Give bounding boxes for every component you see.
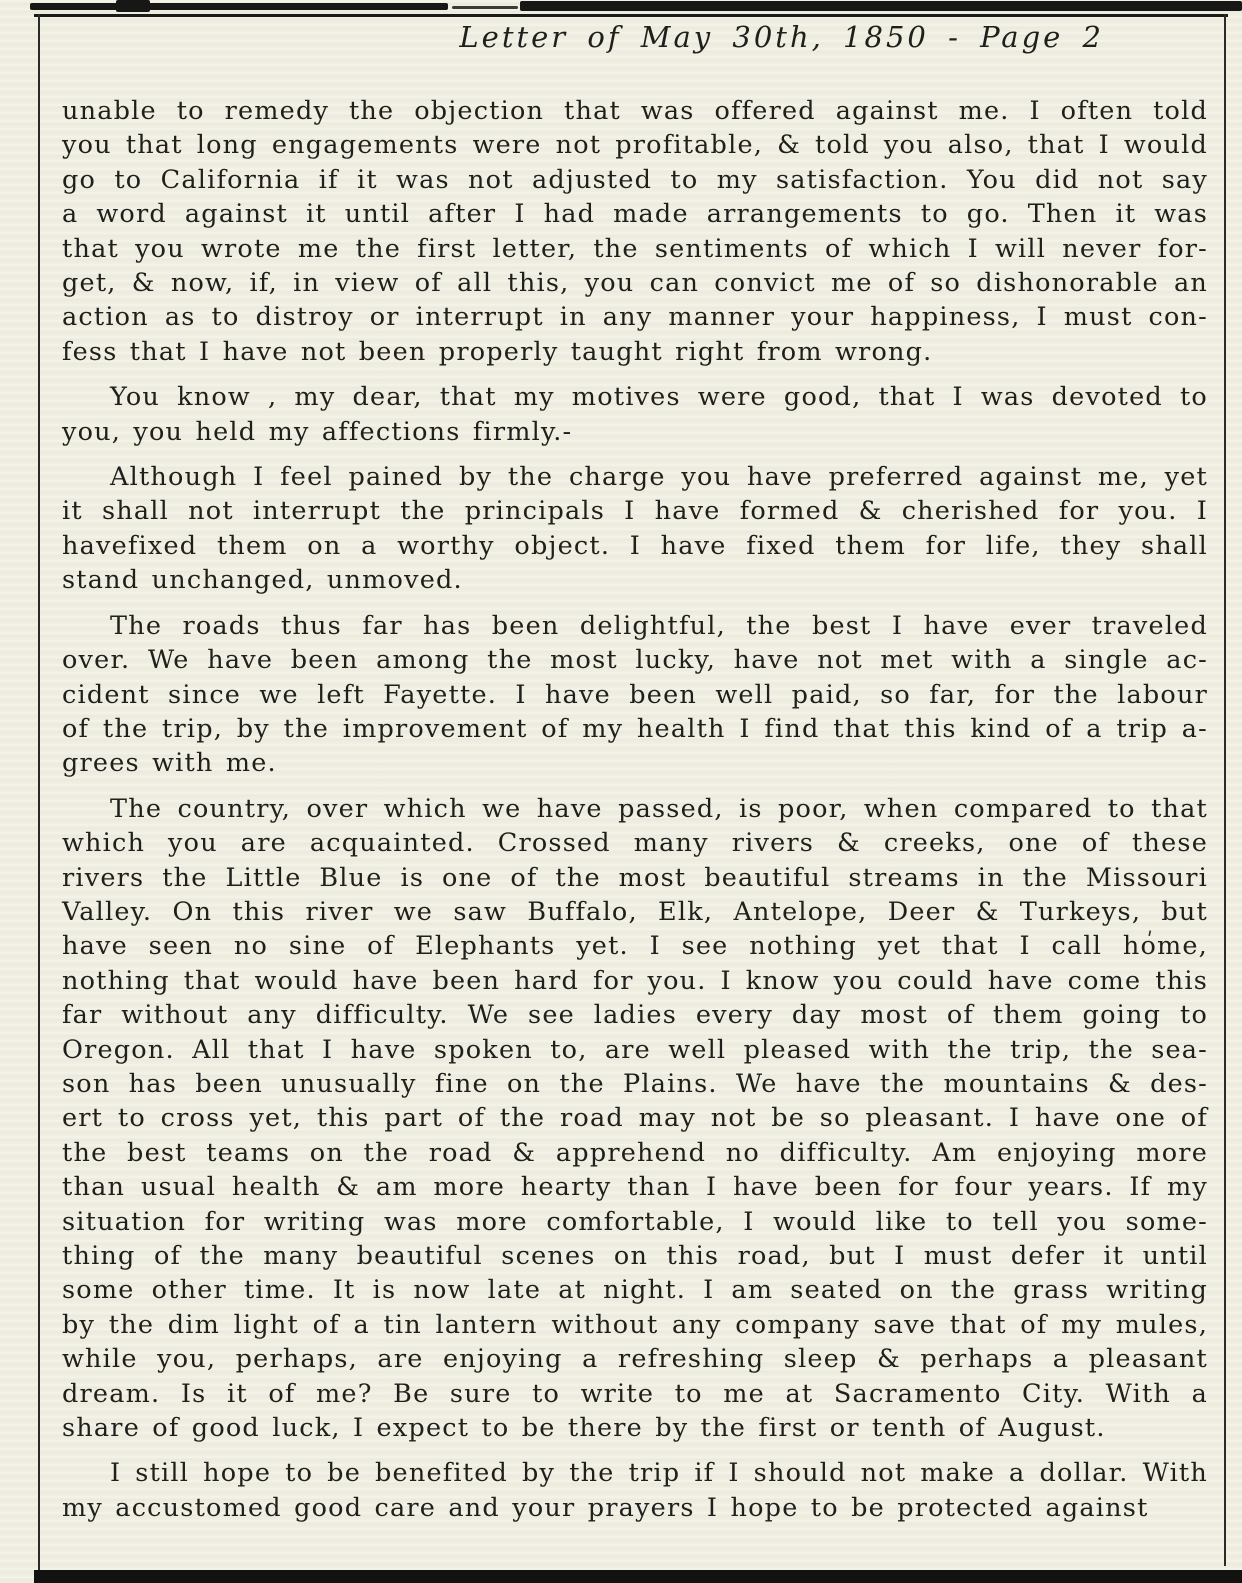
- paragraph: I still hope to be benefited by the trip…: [62, 1456, 1208, 1525]
- scanned-letter-page: Letter of May 30th, 1850 - Page 2 unable…: [0, 0, 1242, 1583]
- scan-edge-artifact: [520, 1, 1242, 11]
- page-border-left: [38, 14, 40, 1574]
- text-line: by the dim light of a tin lantern withou…: [62, 1308, 1208, 1342]
- page-title: Letter of May 30th, 1850 - Page 2: [60, 20, 1104, 54]
- paragraph: unable to remedy the objection that was …: [62, 94, 1208, 369]
- text-line: far without any difficulty. We see ladie…: [62, 998, 1208, 1032]
- text-line: a word against it until after I had made…: [62, 197, 1208, 231]
- text-line: nothing that would have been hard for yo…: [62, 964, 1208, 998]
- text-line: my accustomed good care and your prayers…: [62, 1491, 1208, 1525]
- text-line: stand unchanged, unmoved.: [62, 563, 1208, 597]
- text-line: I still hope to be benefited by the trip…: [62, 1456, 1208, 1490]
- text-line: while you, perhaps, are enjoying a refre…: [62, 1342, 1208, 1376]
- text-line: ert to cross yet, this part of the road …: [62, 1101, 1208, 1135]
- text-line: You know , my dear, that my motives were…: [62, 380, 1208, 414]
- text-line: son has been unusually fine on the Plain…: [62, 1067, 1208, 1101]
- text-line: Although I feel pained by the charge you…: [62, 460, 1208, 494]
- scan-edge-artifact: [116, 0, 150, 12]
- text-line: you that long engagements were not profi…: [62, 128, 1208, 162]
- page-border-right: [1224, 14, 1226, 1566]
- text-line: cident since we left Fayette. I have bee…: [62, 678, 1208, 712]
- text-line: it shall not interrupt the principals I …: [62, 494, 1208, 528]
- text-line: Oregon. All that I have spoken to, are w…: [62, 1033, 1208, 1067]
- text-line: go to California if it was not adjusted …: [62, 163, 1208, 197]
- text-line: some other time. It is now late at night…: [62, 1273, 1208, 1307]
- text-line: share of good luck, I expect to be there…: [62, 1411, 1208, 1445]
- paragraph: You know , my dear, that my motives were…: [62, 380, 1208, 449]
- text-line: grees with me.: [62, 746, 1208, 780]
- text-line: than usual health & am more hearty than …: [62, 1170, 1208, 1204]
- text-line: the best teams on the road & apprehend n…: [62, 1136, 1208, 1170]
- text-line: situation for writing was more comfortab…: [62, 1205, 1208, 1239]
- text-line: which you are acquainted. Crossed many r…: [62, 826, 1208, 860]
- text-line: dream. Is it of me? Be sure to write to …: [62, 1377, 1208, 1411]
- text-line: get, & now, if, in view of all this, you…: [62, 266, 1208, 300]
- text-line: The roads thus far has been delightful, …: [62, 609, 1208, 643]
- text-line: unable to remedy the objection that was …: [62, 94, 1208, 128]
- paragraph: The country, over which we have passed, …: [62, 792, 1208, 1446]
- scan-edge-artifact: [30, 3, 448, 10]
- text-line: The country, over which we have passed, …: [62, 792, 1208, 826]
- scan-edge-bottom: [34, 1570, 1242, 1583]
- text-line: that you wrote me the first letter, the …: [62, 232, 1208, 266]
- paragraph: Although I feel pained by the charge you…: [62, 460, 1208, 598]
- text-line: you, you held my affections firmly.-: [62, 415, 1208, 449]
- letter-body: unable to remedy the objection that was …: [62, 94, 1208, 1536]
- text-line: action as to distroy or interrupt in any…: [62, 300, 1208, 334]
- text-line: of the trip, by the improvement of my he…: [62, 712, 1208, 746]
- text-line: thing of the many beautiful scenes on th…: [62, 1239, 1208, 1273]
- text-line: over. We have been among the most lucky,…: [62, 643, 1208, 677]
- text-line: Valley. On this river we saw Buffalo, El…: [62, 895, 1208, 929]
- text-line: fess that I have not been properly taugh…: [62, 335, 1208, 369]
- text-line: have seen no sine of Elephants yet. I se…: [62, 929, 1208, 963]
- page-border-top: [34, 14, 1228, 17]
- scan-edge-artifact: [452, 6, 518, 9]
- paragraph: The roads thus far has been delightful, …: [62, 609, 1208, 781]
- text-line: rivers the Little Blue is one of the mos…: [62, 861, 1208, 895]
- text-line: havefixed them on a worthy object. I hav…: [62, 529, 1208, 563]
